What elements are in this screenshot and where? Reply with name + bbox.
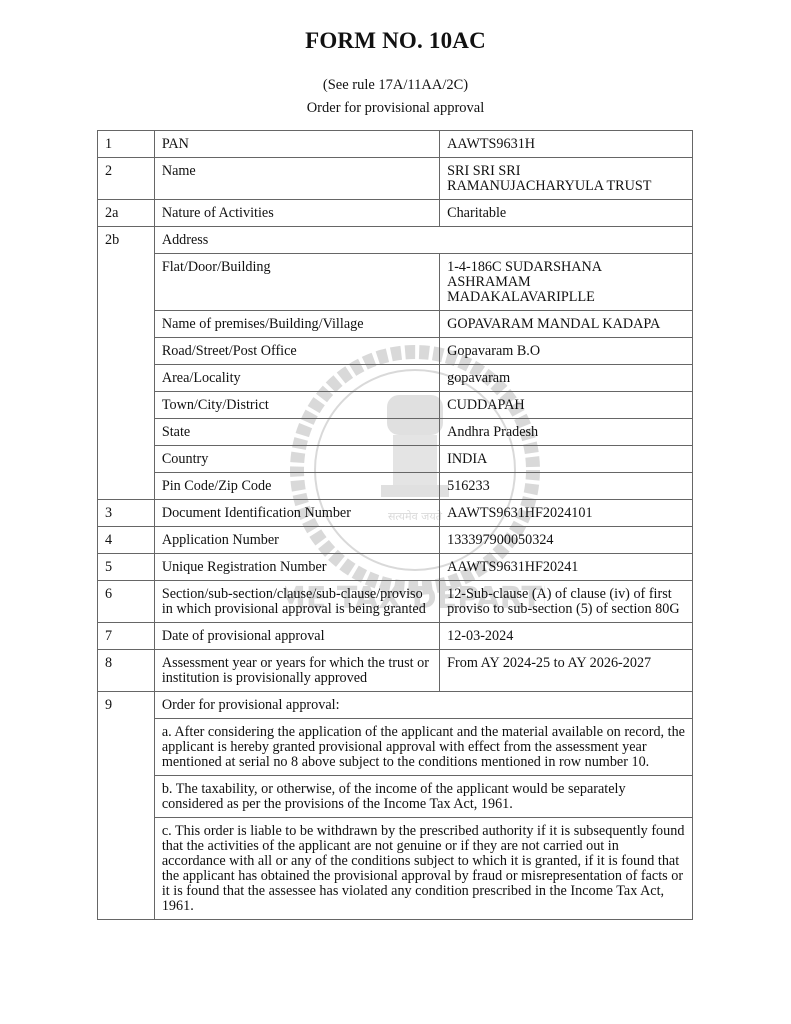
address-value: 1-4-186C SUDARSHANA ASHRAMAM MADAKALAVAR… (440, 254, 693, 311)
address-label: Road/Street/Post Office (154, 338, 439, 365)
address-value: GOPAVARAM MANDAL KADAPA (440, 311, 693, 338)
row-value: SRI SRI SRI RAMANUJACHARYULA TRUST (440, 158, 693, 200)
table-row: 2a Nature of Activities Charitable (98, 200, 693, 227)
address-value: 516233 (440, 473, 693, 500)
table-row: 7 Date of provisional approval 12-03-202… (98, 623, 693, 650)
address-row: Pin Code/Zip Code 516233 (98, 473, 693, 500)
address-row: Flat/Door/Building 1-4-186C SUDARSHANA A… (98, 254, 693, 311)
form-table: 1 PAN AAWTS9631H 2 Name SRI SRI SRI RAMA… (97, 130, 693, 920)
row-label: Address (154, 227, 692, 254)
form-rule-reference: (See rule 17A/11AA/2C) (0, 77, 791, 94)
table-row: 5 Unique Registration Number AAWTS9631HF… (98, 554, 693, 581)
order-paragraph-a: a. After considering the application of … (154, 719, 692, 776)
row-number: 3 (98, 500, 155, 527)
row-number: 8 (98, 650, 155, 692)
row-label: Order for provisional approval: (154, 692, 692, 719)
row-number: 2 (98, 158, 155, 200)
row-number: 4 (98, 527, 155, 554)
table-row: 1 PAN AAWTS9631H (98, 131, 693, 158)
address-label: Pin Code/Zip Code (154, 473, 439, 500)
row-value: AAWTS9631HF20241 (440, 554, 693, 581)
row-value: Charitable (440, 200, 693, 227)
row-label: Unique Registration Number (154, 554, 439, 581)
address-row: Area/Locality gopavaram (98, 365, 693, 392)
address-label: State (154, 419, 439, 446)
address-value: CUDDAPAH (440, 392, 693, 419)
table-row: 2b Address (98, 227, 693, 254)
address-row: State Andhra Pradesh (98, 419, 693, 446)
address-value: gopavaram (440, 365, 693, 392)
table-row: 6 Section/sub-section/clause/sub-clause/… (98, 581, 693, 623)
row-label: PAN (154, 131, 439, 158)
order-paragraph-row: b. The taxability, or otherwise, of the … (98, 776, 693, 818)
row-label: Name (154, 158, 439, 200)
row-value: AAWTS9631HF2024101 (440, 500, 693, 527)
order-paragraph-c: c. This order is liable to be withdrawn … (154, 818, 692, 920)
table-row: 9 Order for provisional approval: (98, 692, 693, 719)
row-label: Document Identification Number (154, 500, 439, 527)
address-label: Flat/Door/Building (154, 254, 439, 311)
row-value: 12-Sub-clause (A) of clause (iv) of firs… (440, 581, 693, 623)
row-number: 2b (98, 227, 155, 500)
address-row: Country INDIA (98, 446, 693, 473)
order-paragraph-row: c. This order is liable to be withdrawn … (98, 818, 693, 920)
table-row: 3 Document Identification Number AAWTS96… (98, 500, 693, 527)
order-paragraph-b: b. The taxability, or otherwise, of the … (154, 776, 692, 818)
address-label: Town/City/District (154, 392, 439, 419)
row-number: 5 (98, 554, 155, 581)
row-value: From AY 2024-25 to AY 2026-2027 (440, 650, 693, 692)
row-number: 7 (98, 623, 155, 650)
row-number: 9 (98, 692, 155, 920)
address-value: Andhra Pradesh (440, 419, 693, 446)
row-value: 12-03-2024 (440, 623, 693, 650)
row-number: 1 (98, 131, 155, 158)
row-number: 2a (98, 200, 155, 227)
row-label: Section/sub-section/clause/sub-clause/pr… (154, 581, 439, 623)
address-label: Country (154, 446, 439, 473)
order-paragraph-row: a. After considering the application of … (98, 719, 693, 776)
table-row: 8 Assessment year or years for which the… (98, 650, 693, 692)
row-label: Assessment year or years for which the t… (154, 650, 439, 692)
row-label: Application Number (154, 527, 439, 554)
row-number: 6 (98, 581, 155, 623)
row-value: AAWTS9631H (440, 131, 693, 158)
row-label: Nature of Activities (154, 200, 439, 227)
table-row: 2 Name SRI SRI SRI RAMANUJACHARYULA TRUS… (98, 158, 693, 200)
row-value: 133397900050324 (440, 527, 693, 554)
address-row: Town/City/District CUDDAPAH (98, 392, 693, 419)
address-row: Road/Street/Post Office Gopavaram B.O (98, 338, 693, 365)
address-label: Name of premises/Building/Village (154, 311, 439, 338)
row-label: Date of provisional approval (154, 623, 439, 650)
address-row: Name of premises/Building/Village GOPAVA… (98, 311, 693, 338)
address-value: Gopavaram B.O (440, 338, 693, 365)
table-row: 4 Application Number 133397900050324 (98, 527, 693, 554)
address-label: Area/Locality (154, 365, 439, 392)
address-value: INDIA (440, 446, 693, 473)
form-title: FORM NO. 10AC (0, 28, 791, 54)
form-subtitle: Order for provisional approval (0, 100, 791, 117)
